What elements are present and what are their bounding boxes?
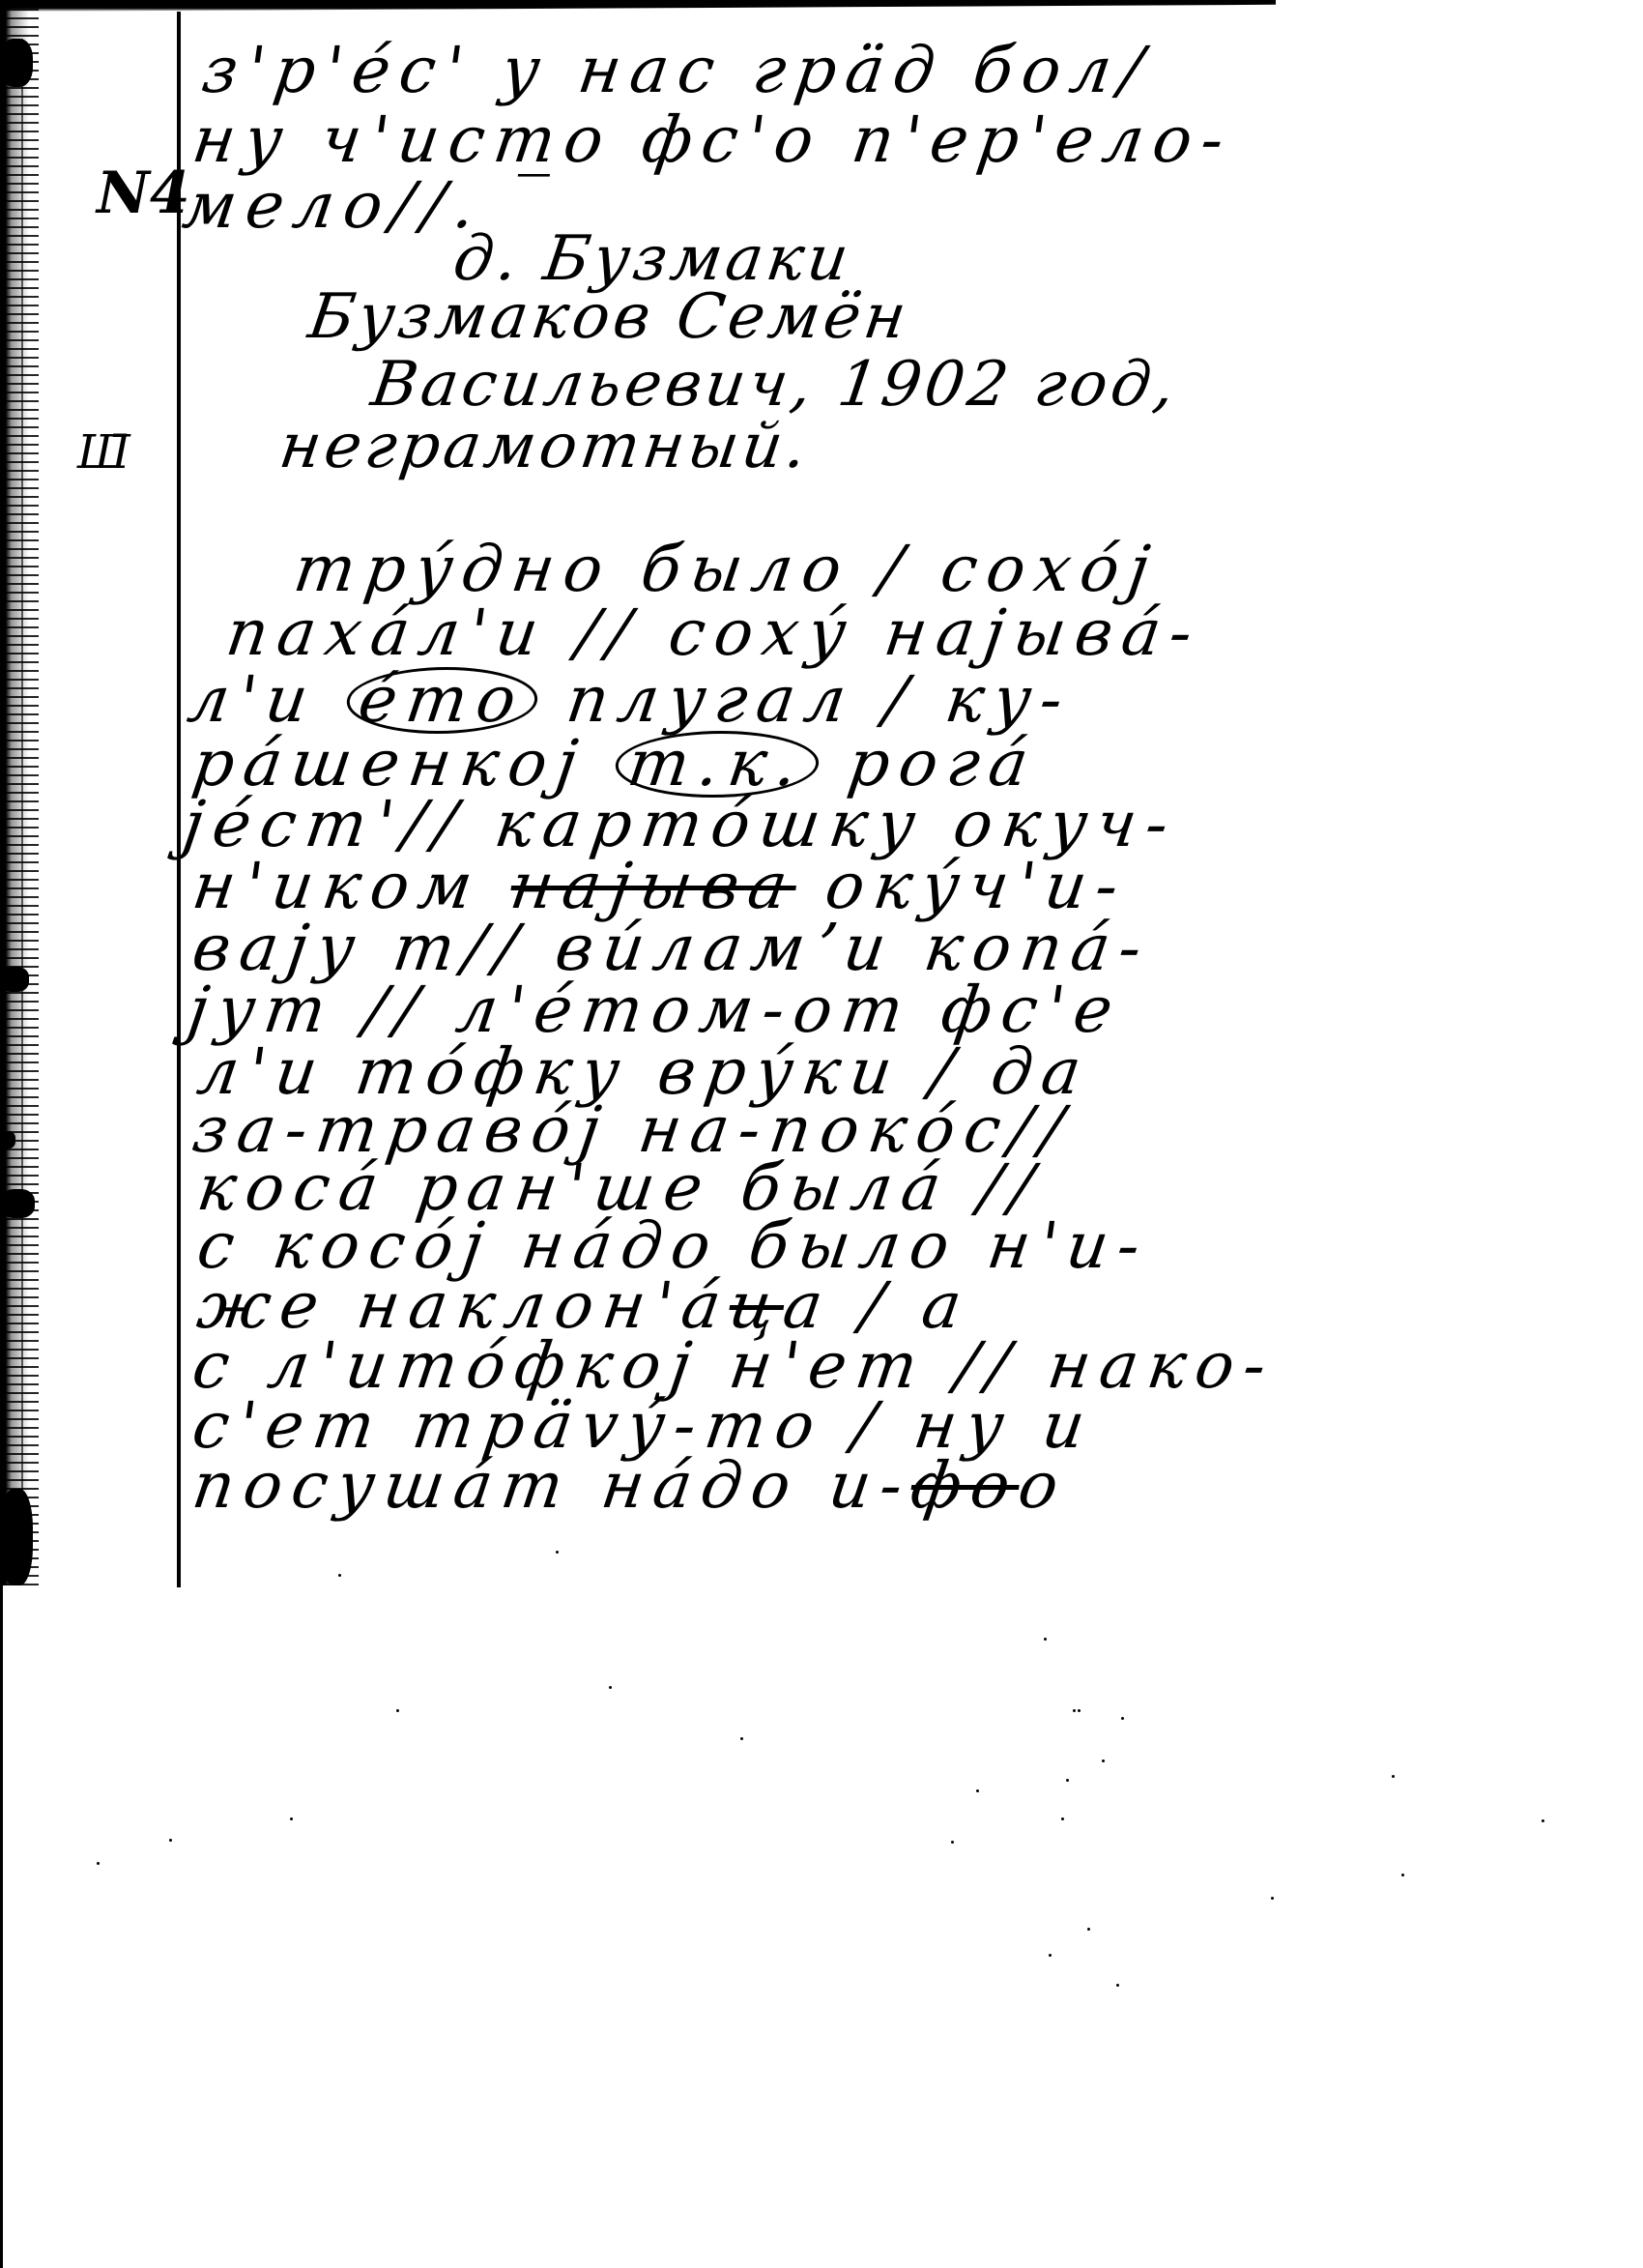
informant-patronymic-year: Васильевич, 1902 год, — [368, 354, 1183, 416]
scan-speck — [396, 1709, 399, 1712]
record-number: N4 — [97, 164, 190, 222]
informant-literacy: неграмотный. — [276, 416, 815, 478]
text-fragment: о — [1014, 1448, 1073, 1523]
scan-left-border — [0, 1585, 3, 2268]
text-line: је́ст'// карто́шку окуч- — [179, 793, 1181, 857]
text-line: н'иком најыва оку́ч'и- — [188, 855, 1131, 918]
scan-speck — [1087, 1928, 1090, 1931]
text-line: јут // л'е́том-от фс'е — [184, 978, 1126, 1042]
scan-inner-rule — [21, 39, 23, 1556]
scan-speck — [97, 1862, 100, 1865]
text-line: з'р'е́с' у нас грäд бол/ — [198, 39, 1156, 102]
scan-speck — [1073, 1709, 1076, 1712]
scan-speck — [1044, 1638, 1047, 1641]
margin-rule — [177, 12, 181, 1587]
scan-speck — [976, 1789, 979, 1792]
scan-top-edge-shadow — [0, 0, 1276, 12]
scan-speck — [1392, 1775, 1395, 1778]
text-line: тру́дно было / сохо́ј — [290, 538, 1163, 601]
text-line: паха́л'и // соху́ најыва́- — [222, 601, 1205, 665]
scan-speck — [290, 1817, 293, 1820]
scan-binding-edge — [0, 0, 39, 1585]
struck-out-letters: фо — [907, 1448, 1024, 1523]
text-line: посуша́т на́до и-фоо — [188, 1454, 1072, 1518]
scan-speck — [1061, 1817, 1064, 1820]
text-fragment: паха́л'и // соху́ најыва́- — [222, 596, 1207, 670]
scan-speck — [169, 1839, 172, 1842]
scan-speck — [1271, 1897, 1274, 1900]
scan-speck — [1121, 1717, 1124, 1720]
scan-speck — [951, 1841, 954, 1844]
text-line: мело//. — [179, 174, 488, 238]
scan-speck — [1049, 1954, 1052, 1957]
scanned-page: N4 Ш̄ з'р'е́с' у нас грäд бол/ ну ч'ист̲… — [0, 0, 1643, 2268]
scan-speck — [1116, 1984, 1119, 1987]
circled-annotation: е́то — [342, 667, 542, 734]
informant-name: Бузмаков Семён — [305, 286, 914, 348]
text-fragment: посуша́т на́до и- — [188, 1448, 917, 1523]
text-line: л'и е́то плугал / ку- — [184, 667, 1076, 734]
text-line: ну ч'ист̲о фс'о п'ер'ело- — [188, 108, 1237, 172]
scan-speck — [1542, 1819, 1544, 1822]
scan-speck — [1066, 1779, 1069, 1782]
section-mark: Ш̄ — [77, 429, 130, 476]
scan-speck — [1401, 1874, 1404, 1876]
scan-speck — [1078, 1709, 1081, 1712]
scan-speck — [740, 1737, 743, 1740]
scan-speck — [338, 1574, 341, 1577]
text-line: вају т// ви́ламʼи копа́- — [188, 916, 1155, 980]
scan-speck — [1102, 1759, 1105, 1762]
scan-speck — [556, 1551, 559, 1554]
scan-speck — [609, 1686, 612, 1689]
